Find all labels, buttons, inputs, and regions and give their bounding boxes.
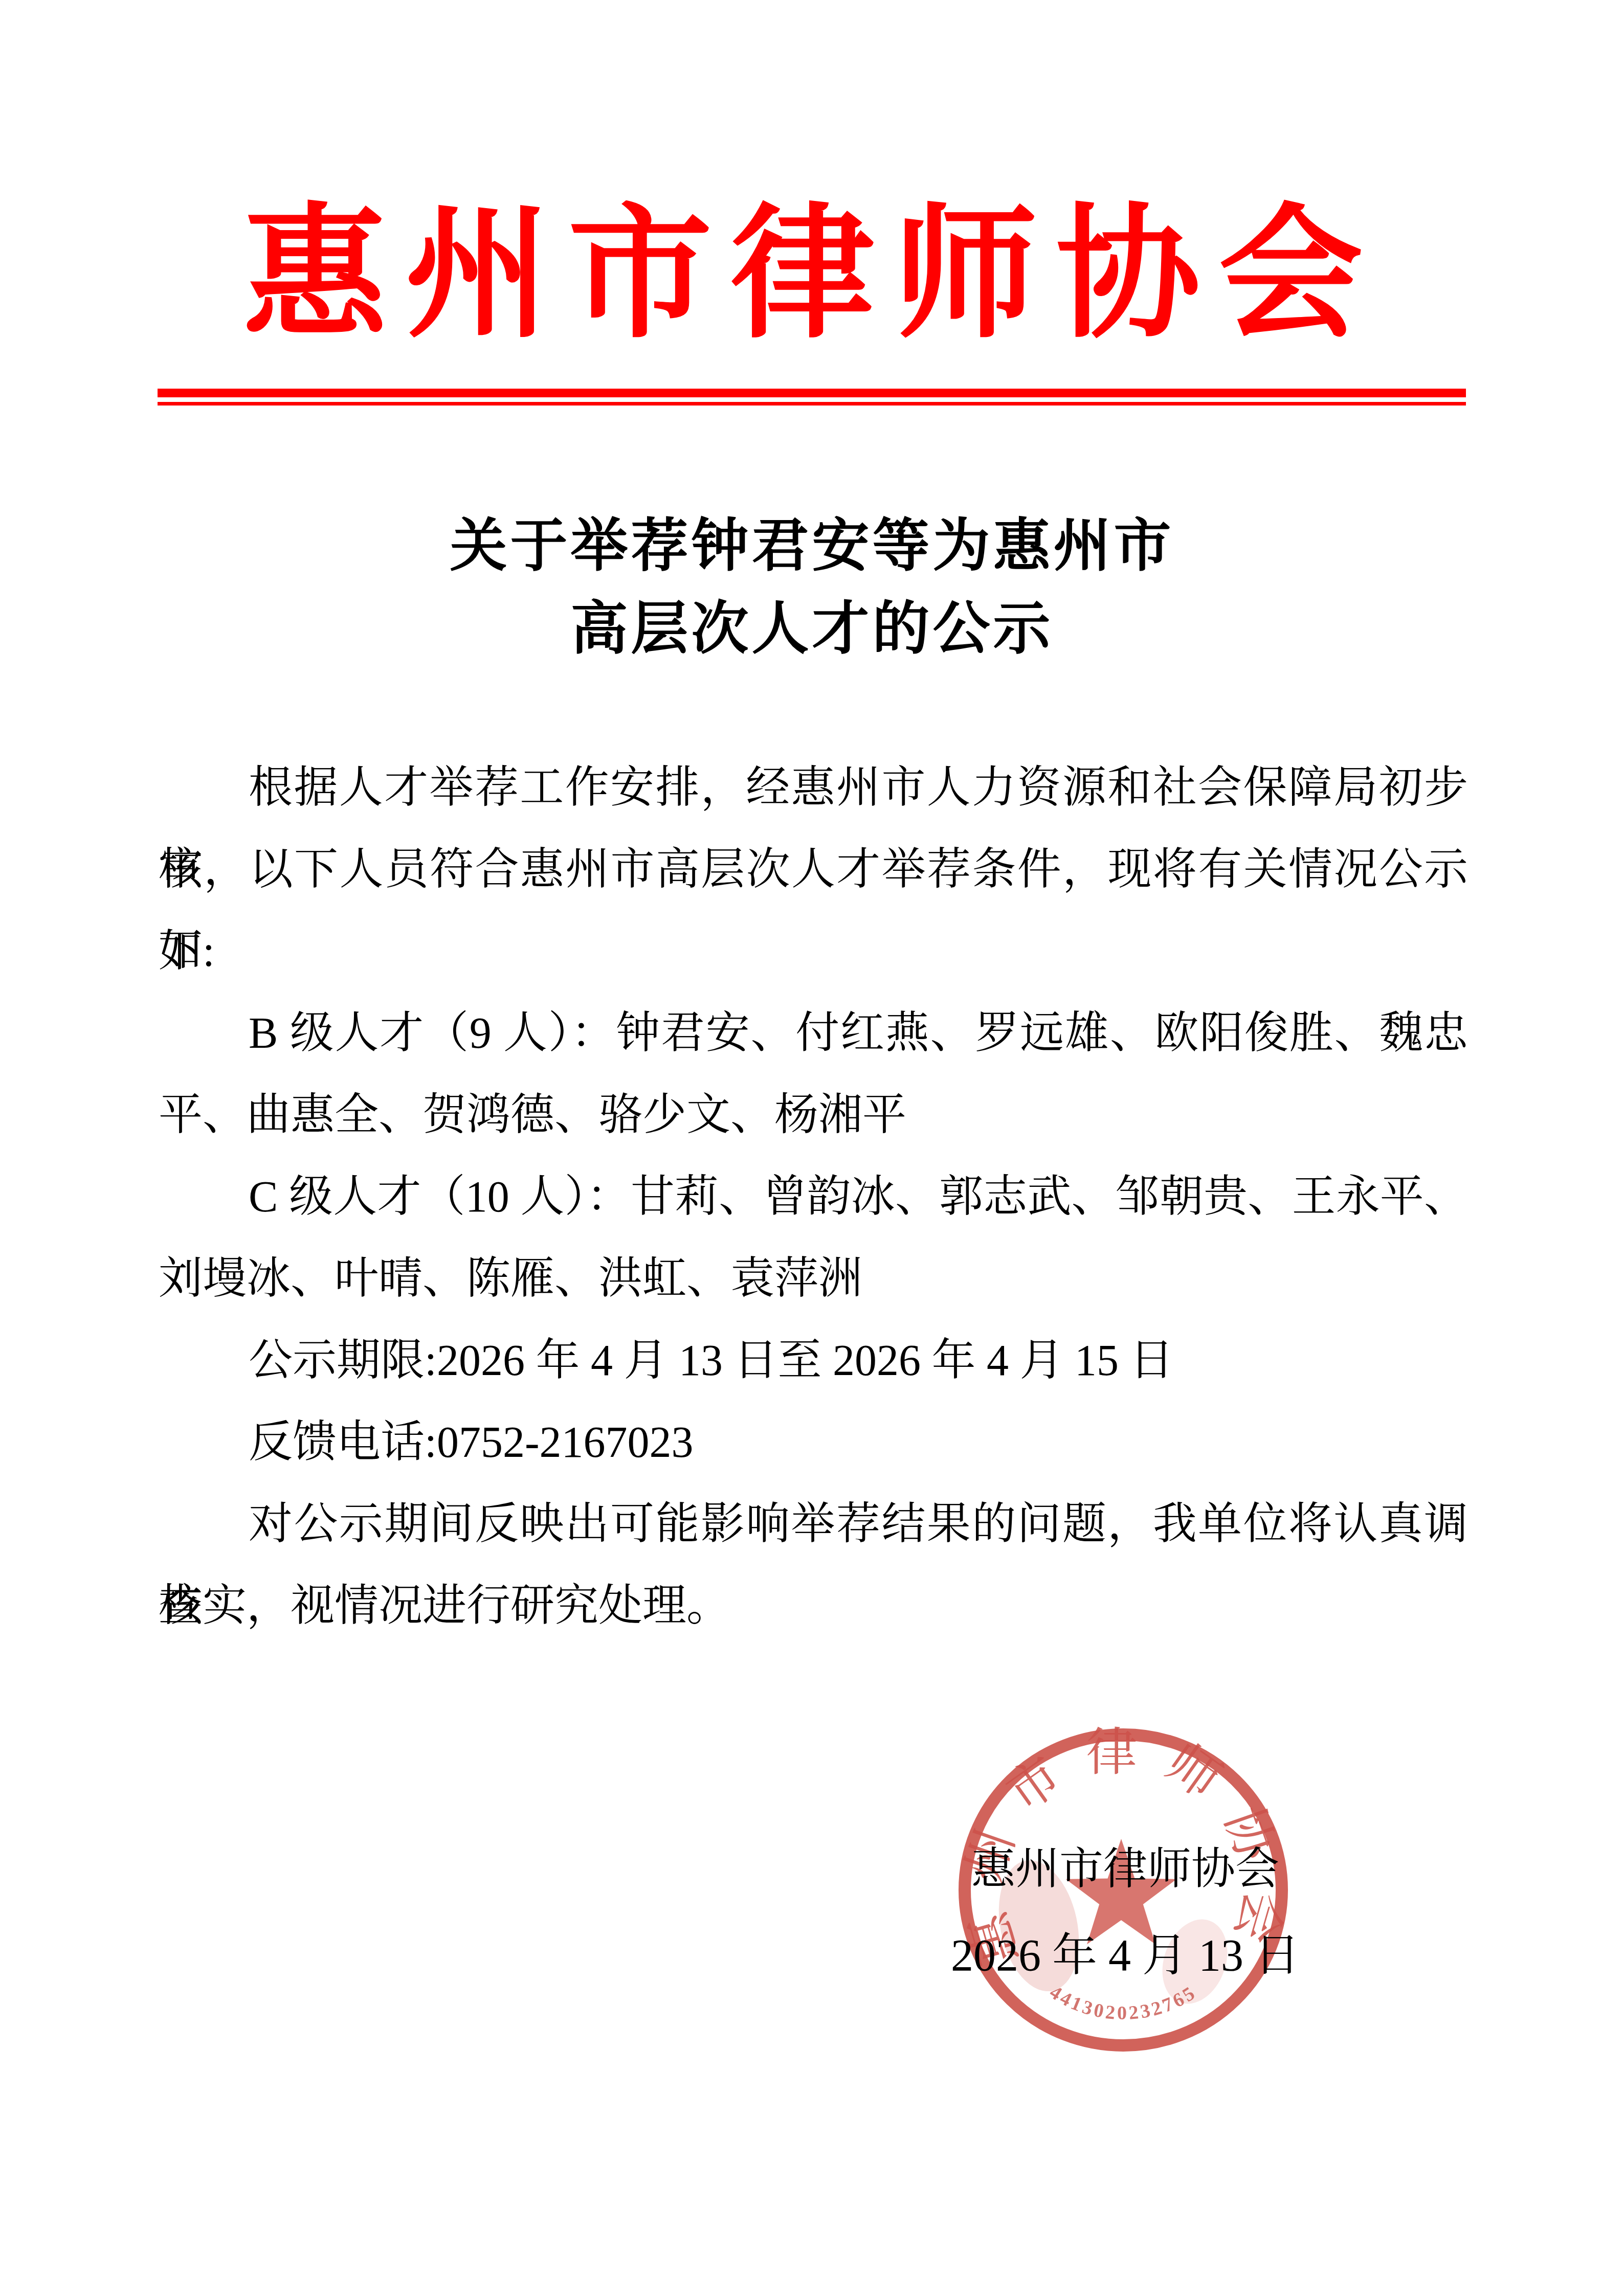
org-header-title: 惠州市律师协会 — [0, 198, 1624, 352]
header-rule-thin — [158, 402, 1466, 406]
document-body: 根据人才举荐工作安排，经惠州市人力资源和社会保障局初步审 核，以下人员符合惠州市… — [159, 747, 1468, 1647]
body-line: 平、曲惠全、贺鸿德、骆少文、杨湘平 — [159, 1074, 1468, 1156]
document-page: 惠州市律师协会 关于举荐钟君安等为惠州市 高层次人才的公示 根据人才举荐工作安排… — [0, 0, 1624, 2296]
signature-date: 2026 年 4 月 13 日 — [824, 1915, 1427, 1997]
body-line: 核，以下人员符合惠州市高层次人才举荐条件，现将有关情况公示如 — [159, 828, 1468, 910]
body-line: 根据人才举荐工作安排，经惠州市人力资源和社会保障局初步审 — [159, 747, 1468, 828]
signature-org: 惠州市律师协会 — [824, 1828, 1427, 1910]
body-line: C 级人才（10 人）：甘莉、曾韵冰、郭志武、邹朝贵、王永平、 — [159, 1156, 1468, 1237]
body-line: 对公示期间反映出可能影响举荐结果的问题，我单位将认真调查 — [159, 1483, 1468, 1565]
body-line: 核实，视情况进行研究处理。 — [159, 1565, 1468, 1647]
header-rule-thick — [158, 389, 1466, 397]
doc-title: 关于举荐钟君安等为惠州市 高层次人才的公示 — [0, 505, 1624, 671]
body-line: 反馈电话:0752-2167023 — [159, 1401, 1468, 1483]
body-line: 公示期限:2026 年 4 月 13 日至 2026 年 4 月 15 日 — [159, 1319, 1468, 1401]
body-line: 刘墁冰、叶晴、陈雁、洪虹、袁萍洲 — [159, 1237, 1468, 1319]
body-line: B 级人才（9 人）：钟君安、付红燕、罗远雄、欧阳俊胜、魏忠 — [159, 992, 1468, 1074]
doc-title-line2: 高层次人才的公示 — [0, 588, 1624, 671]
body-line: 下: — [159, 910, 1468, 992]
doc-title-line1: 关于举荐钟君安等为惠州市 — [0, 505, 1624, 588]
